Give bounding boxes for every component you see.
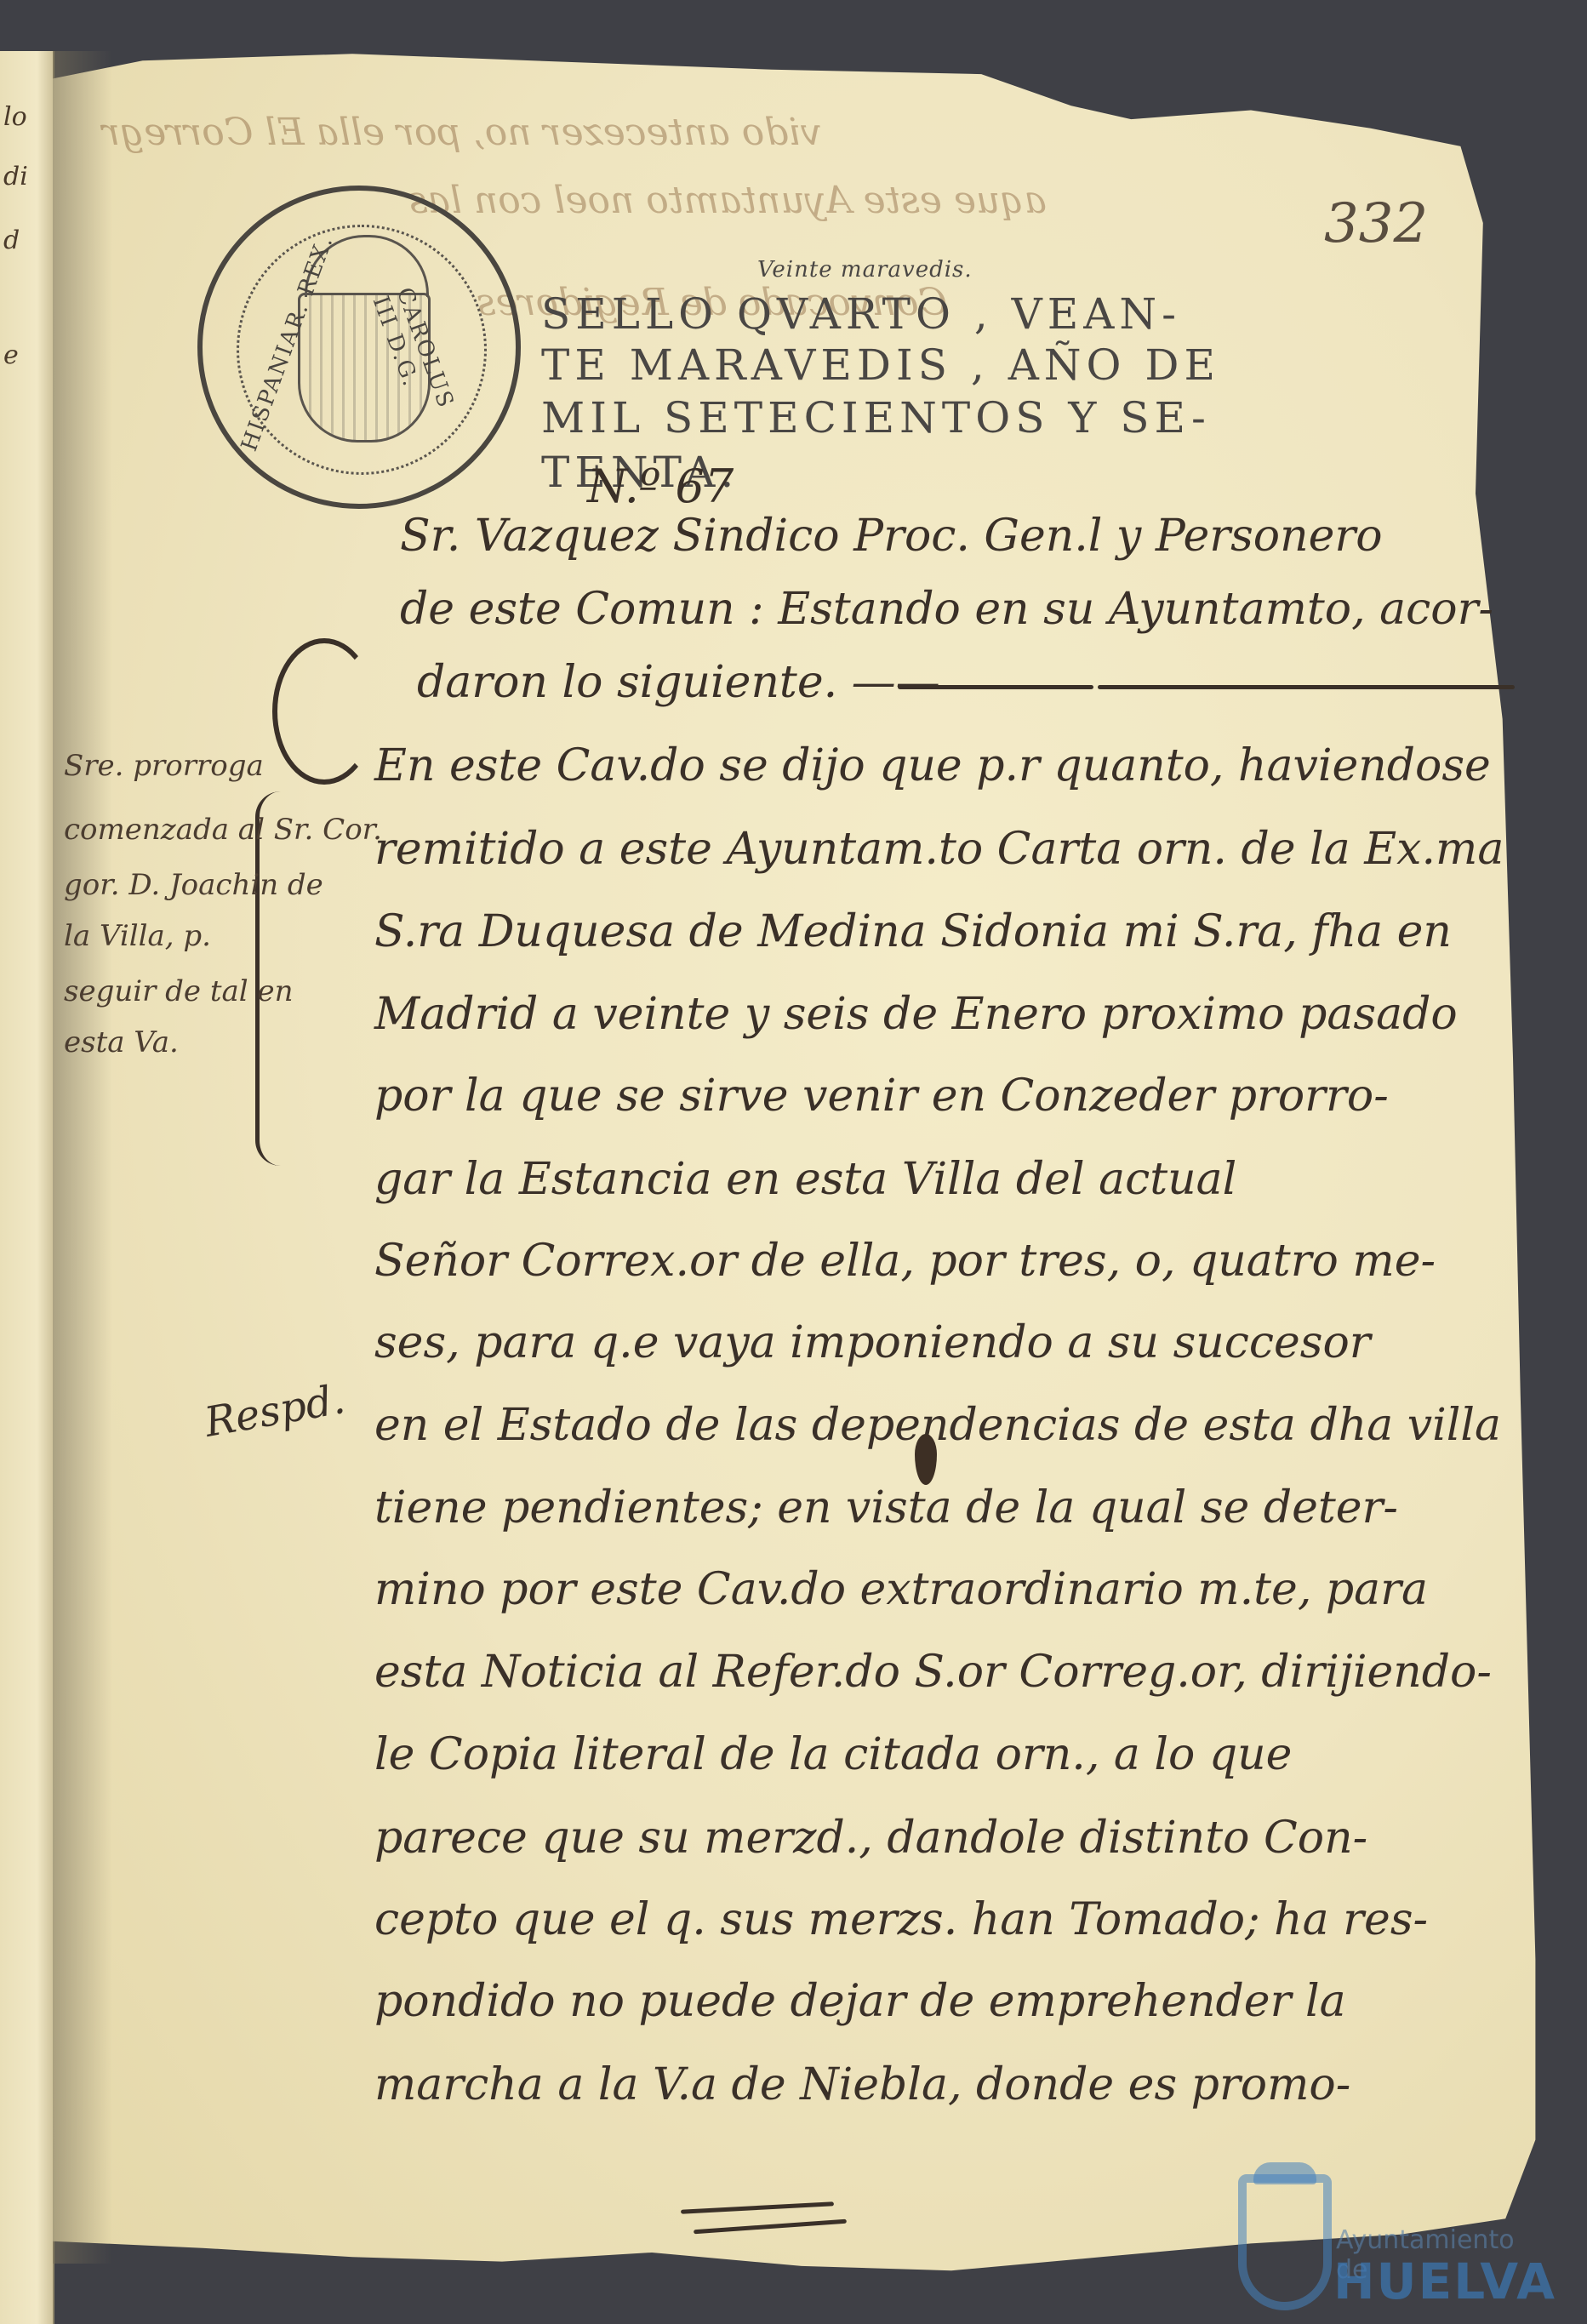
facing-page-fragment: d xyxy=(3,226,20,255)
paragraph-line: marcha a la V.a de Niebla, donde es prom… xyxy=(374,2059,1350,2110)
paragraph-line: le Copia literal de la citada orn., a lo… xyxy=(374,1729,1292,1780)
paragraph-line: En este Cav.do se dijo que p.r quanto, h… xyxy=(374,740,1491,791)
paragraph-line: ses, para q.e vaya imponiendo a su succe… xyxy=(374,1317,1371,1368)
facing-page-fragment: di xyxy=(3,162,28,191)
margin-annotation-line: Sre. prorroga xyxy=(64,749,264,783)
paragraph-line: cepto que el q. sus merzs. han Tomado; h… xyxy=(374,1894,1428,1945)
bleed-through-text: aque este Ayuntamto noel con las xyxy=(408,179,1047,222)
paragraph-line: S.ra Duquesa de Medina Sidonia mi S.ra, … xyxy=(374,906,1452,957)
paragraph-line: parece que su merzd., dandole distinto C… xyxy=(374,1813,1367,1864)
heading-line: de este Comun : Estando en su Ayuntamto,… xyxy=(400,584,1493,635)
paragraph-line: mino por este Cav.do extraordinario m.te… xyxy=(374,1564,1428,1615)
paragraph-line: por la que se sirve venir en Conzeder pr… xyxy=(374,1071,1389,1122)
bleed-through-text: vido antecezer no, por ella El Corregr xyxy=(102,111,821,154)
seal-value-line: Veinte maravedis. xyxy=(757,257,973,283)
margin-annotation-line: gor. D. Joachin de xyxy=(64,868,323,902)
facing-page-edge: lo di d e xyxy=(0,51,54,2324)
paragraph-line: remitido a este Ayuntam.to Carta orn. de… xyxy=(374,824,1504,875)
paragraph-line: Señor Correx.or de ella, por tres, o, qu… xyxy=(374,1236,1436,1287)
seal-header-line-1: SELLO QVARTO , VEAN- xyxy=(541,289,1181,339)
seal-header-line-2: TE MARAVEDIS , AÑO DE xyxy=(541,340,1220,390)
facing-page-fragment: e xyxy=(3,340,19,370)
paragraph-line: esta Noticia al Refer.do S.or Correg.or,… xyxy=(374,1647,1492,1698)
seal-header-line-3: MIL SETECIENTOS Y SE- xyxy=(541,393,1211,443)
margin-annotation-line: esta Va. xyxy=(64,1025,179,1059)
heading-line: daron lo siguiente. —— xyxy=(417,657,940,708)
paragraph-line: gar la Estancia en esta Villa del actual xyxy=(374,1154,1236,1205)
paragraph-line: pondido no puede dejar de emprehender la xyxy=(374,1976,1346,2027)
huelva-watermark: Ayuntamiento de HUELVA xyxy=(1238,2174,1476,2324)
margin-annotation-line: la Villa, p. xyxy=(64,919,211,953)
margin-note-number: N.º 67 xyxy=(587,460,734,513)
watermark-shield-icon xyxy=(1238,2174,1332,2310)
margin-annotation-line: comenzada al Sr. Cor. xyxy=(64,813,382,847)
paragraph-line: tiene pendientes; en vista de la qual se… xyxy=(374,1482,1398,1533)
royal-stamp-seal: CAROLUS III D.G. HISPANIAR. REX. xyxy=(197,186,521,509)
divider-rule xyxy=(898,685,1093,689)
facing-page-fragment: lo xyxy=(3,102,27,132)
folio-number: 332 xyxy=(1324,192,1428,255)
paragraph-line: en el Estado de las dependencias de esta… xyxy=(374,1400,1501,1451)
divider-rule xyxy=(1098,685,1515,689)
heading-line: Sr. Vazquez Sindico Proc. Gen.l y Person… xyxy=(400,511,1383,562)
paragraph-line: Madrid a veinte y seis de Enero proximo … xyxy=(374,989,1458,1040)
initial-flourish xyxy=(272,638,376,785)
watermark-big-text: HUELVA xyxy=(1333,2253,1556,2310)
margin-annotation-line: seguir de tal en xyxy=(64,974,294,1008)
